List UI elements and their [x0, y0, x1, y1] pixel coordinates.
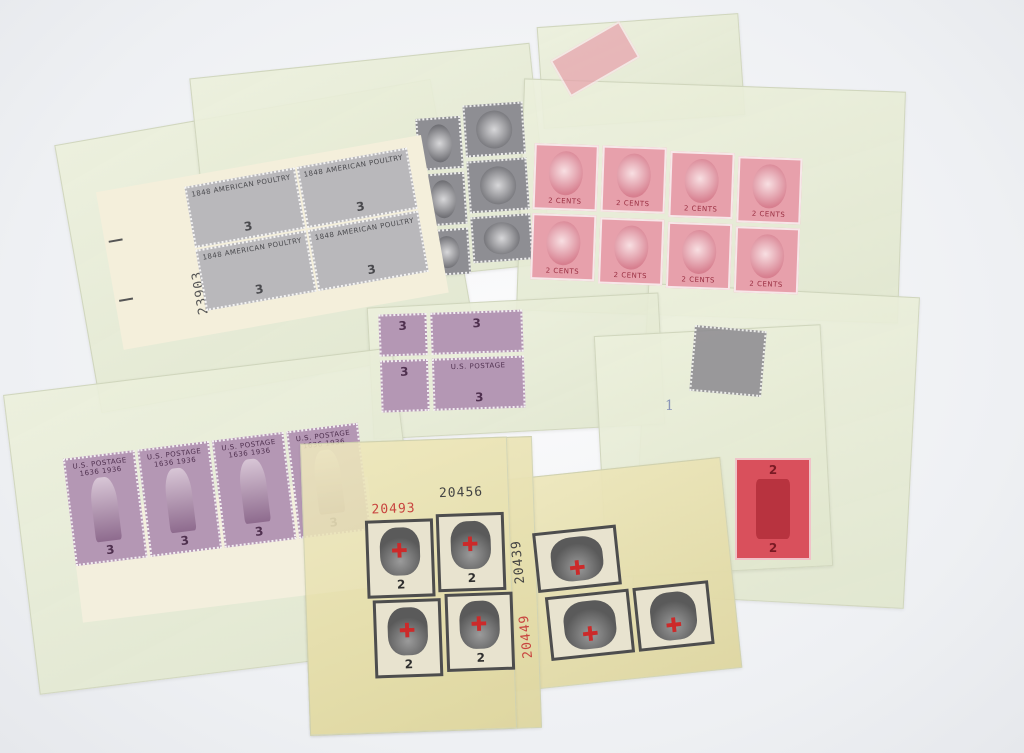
stamp: U.S. POSTAGE1636 19363 — [137, 441, 222, 557]
used-gray-stamp — [689, 325, 766, 397]
plate-number: 20456 — [439, 485, 484, 502]
plate-number: 20493 — [371, 501, 416, 518]
washington-block: 2 CENTS 2 CENTS 2 CENTS 2 CENTS 2 CENTS … — [529, 143, 814, 313]
stamp: 2 CENTS — [734, 226, 800, 294]
stamp: ✚ — [632, 580, 714, 652]
stamp: U.S. POSTAGE1636 19363 — [212, 432, 297, 548]
stamp: ✚2 — [444, 592, 515, 672]
stamp: U.S. POSTAGE1636 19363 — [63, 450, 148, 566]
stamp: U.S. POSTAGE3 — [432, 356, 526, 411]
purple-3c-block: 3 3 3 U.S. POSTAGE3 — [378, 309, 531, 414]
stamp: 2 CENTS — [668, 151, 734, 219]
stamp: ✚ — [545, 589, 635, 661]
stamp: 2 CENTS — [533, 143, 599, 211]
stamp: 3 — [430, 310, 523, 355]
stamp: 2 CENTS — [601, 146, 667, 214]
stamp: ✚2 — [436, 512, 507, 592]
stamp — [466, 157, 529, 213]
stamp — [462, 101, 525, 157]
red-cross-block: 20493 20456 ✚2 ✚2 ✚2 ✚2 — [359, 477, 531, 683]
stamp — [470, 213, 533, 263]
stamp: ✚ — [532, 525, 622, 593]
envelope-mark: 1 — [665, 398, 674, 414]
stamp: ✚2 — [365, 518, 436, 598]
stamp: 2 CENTS — [530, 213, 596, 281]
used-red-2c-stamp: 2 2 — [735, 458, 811, 560]
stamp: 2 CENTS — [598, 217, 664, 285]
stamp: 3 — [380, 359, 430, 413]
photo-scene: 23903 1848 AMERICAN POULTRY3 1848 AMERIC… — [0, 0, 1024, 753]
stamp: 2 CENTS — [666, 222, 732, 290]
stamp: ✚2 — [373, 598, 444, 678]
red-cross-block-2: 20439 20449 ✚ ✚ ✚ — [508, 510, 723, 680]
stamp: 2 CENTS — [736, 156, 802, 224]
stamp: 3 — [378, 313, 427, 357]
